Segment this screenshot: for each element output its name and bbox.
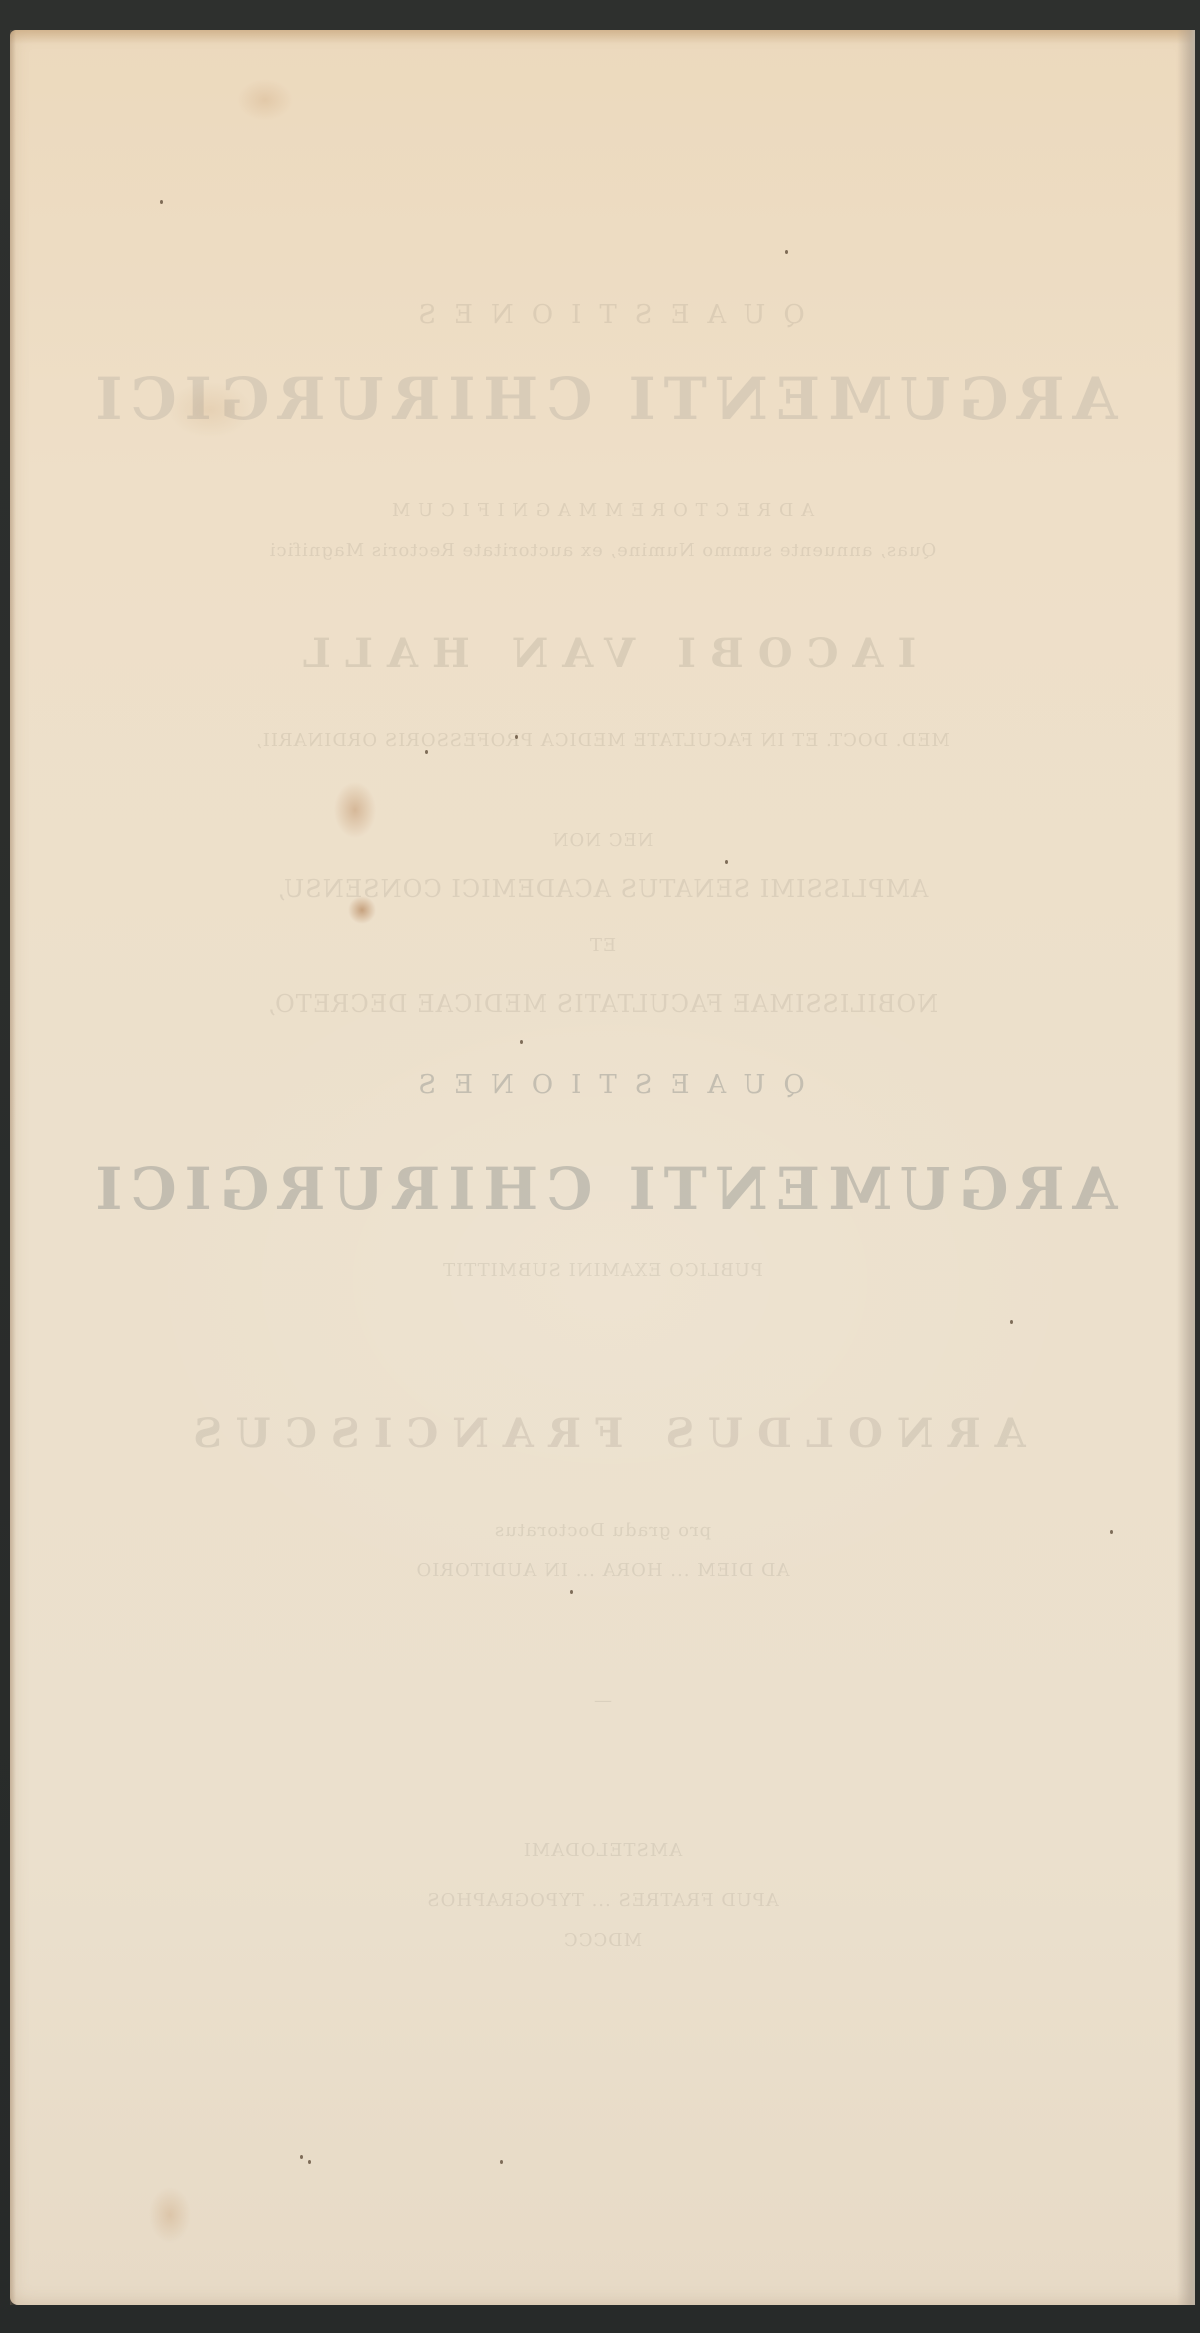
bleed-line-8: AMPLISSIMI SENATUS ACADEMICI CONSENSU, [10, 875, 1195, 903]
bleed-line-quaestiones: QUAESTIONES [10, 1070, 1195, 1100]
bleed-line-argumenti-top: ARGUMENTI CHIRURGICI [10, 365, 1195, 433]
bleed-line-imprint-city: AMSTELODAMI [10, 1840, 1195, 1861]
bleed-line-imprint-printer: APUD FRATRES ... TYPOGRAPHOS [10, 1890, 1195, 1911]
page-top-edge [10, 30, 1195, 44]
paper-speck [725, 860, 728, 864]
paper-speck [785, 250, 788, 254]
paper-speck [1010, 1320, 1013, 1324]
bleed-line-6: MED. DOCT. ET IN FACULTATE MEDICA PROFES… [10, 730, 1195, 751]
bleed-line-iacobi-van-hall: IACOBI VAN HALL [10, 630, 1195, 677]
paper-speck [300, 2155, 303, 2159]
paper-speck [160, 200, 163, 204]
bleed-line-7: NEC NON [10, 830, 1195, 851]
bleed-line-9: ET [10, 935, 1195, 956]
bleed-line-quaestiones-top: QUAESTIONES [10, 300, 1195, 330]
paper-speck [515, 735, 518, 739]
bleed-line-10: NOBILISSIMAE FACULTATIS MEDICAE DECRETO, [10, 990, 1195, 1018]
paper-speck [520, 1040, 523, 1044]
bleed-line-3: A D R E C T O R E M M A G N I F I C U M [10, 500, 1195, 521]
bleed-line-imprint-year: MDCCC [10, 1930, 1195, 1951]
paper-speck [308, 2160, 311, 2164]
bleed-line-16: AD DIEM ... HORA ... IN AUDITORIO [10, 1560, 1195, 1581]
bleed-line-15: pro gradu Doctoratus [10, 1520, 1195, 1541]
bleed-line-4: Quas, annuente summo Numine, ex auctorit… [10, 540, 1195, 561]
bleed-line-name: ARNOLDUS FRANCISCUS [10, 1410, 1195, 1457]
bleed-line-13: PUBLICO EXAMINI SUBMITTIT [10, 1260, 1195, 1281]
paper-speck [570, 1590, 573, 1594]
document-page: QUAESTIONES ARGUMENTI CHIRURGICI A D R E… [10, 30, 1195, 2305]
paper-speck [425, 750, 428, 754]
bleed-line-17: — [10, 1690, 1195, 1711]
paper-speck [1110, 1530, 1113, 1534]
bleed-line-argumenti: ARGUMENTI CHIRURGICI [10, 1155, 1195, 1223]
paper-speck [500, 2160, 503, 2164]
